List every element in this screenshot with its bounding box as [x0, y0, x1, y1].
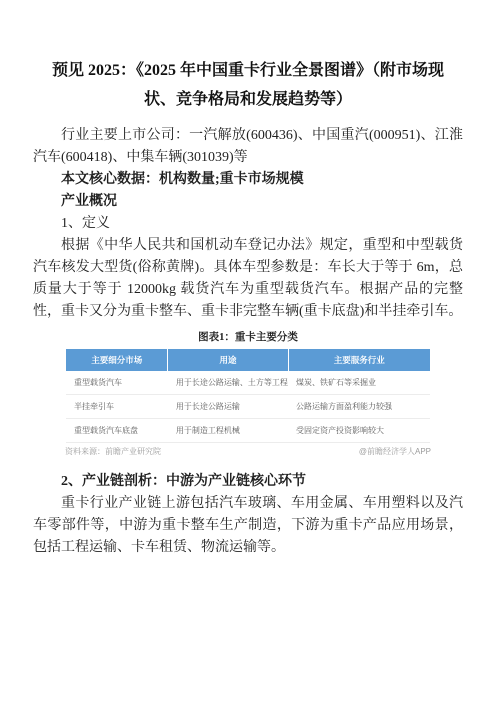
table-header-segment: 主要细分市场	[66, 349, 168, 371]
table-cell: 用于制造工程机械	[168, 419, 288, 443]
source-watermark: @前瞻经济学人APP	[359, 446, 431, 457]
table-cell: 重型载货汽车底盘	[66, 419, 168, 443]
listed-companies-paragraph: 行业主要上市公司：一汽解放(600436)、中国重汽(000951)、江淮汽车(…	[33, 125, 463, 169]
table-row: 重型载货汽车 用于长途公路运输、土方等工程方面 煤炭、铁矿石等采掘业	[66, 371, 430, 395]
section-heading-overview: 产业概况	[33, 191, 463, 213]
table-cell: 公路运输方面盈利能力较强	[288, 395, 430, 419]
classification-table: 主要细分市场 用途 主要服务行业 重型载货汽车 用于长途公路运输、土方等工程方面…	[66, 349, 430, 443]
table-cell: 半挂牵引车	[66, 395, 168, 419]
page-title: 预见 2025：《2025 年中国重卡行业全景图谱》（附市场现状、竞争格局和发展…	[39, 56, 457, 114]
table-header-row: 主要细分市场 用途 主要服务行业	[66, 349, 430, 371]
source-attribution: 资料来源：前瞻产业研究院	[65, 446, 161, 457]
table-cell: 受固定资产投资影响较大	[288, 419, 430, 443]
table-cell: 重型载货汽车	[66, 371, 168, 395]
table-cell: 煤炭、铁矿石等采掘业	[288, 371, 430, 395]
core-data-paragraph: 本文核心数据：机构数量;重卡市场规模	[33, 169, 463, 191]
document-page: 预见 2025：《2025 年中国重卡行业全景图谱》（附市场现状、竞争格局和发展…	[0, 0, 496, 701]
table-header-usage: 用途	[168, 349, 288, 371]
heading-definition: 1、定义	[33, 213, 463, 235]
table-row: 重型载货汽车底盘 用于制造工程机械 受固定资产投资影响较大	[66, 419, 430, 443]
definition-paragraph: 根据《中华人民共和国机动车登记办法》规定，重型和中型载货汽车核发大型货(俗称黄牌…	[33, 235, 463, 323]
table-row: 半挂牵引车 用于长途公路运输 公路运输方面盈利能力较强	[66, 395, 430, 419]
table-source-row: 资料来源：前瞻产业研究院 @前瞻经济学人APP	[65, 446, 431, 457]
table-cell: 用于长途公路运输、土方等工程方面	[168, 371, 288, 395]
figure-caption: 图表1：重卡主要分类	[33, 329, 463, 344]
industry-chain-paragraph: 重卡行业产业链上游包括汽车玻璃、车用金属、车用塑料以及汽车零部件等，中游为重卡整…	[33, 493, 463, 559]
heading-industry-chain: 2、产业链剖析：中游为产业链核心环节	[33, 471, 463, 493]
table-header-industry: 主要服务行业	[288, 349, 430, 371]
table-cell: 用于长途公路运输	[168, 395, 288, 419]
